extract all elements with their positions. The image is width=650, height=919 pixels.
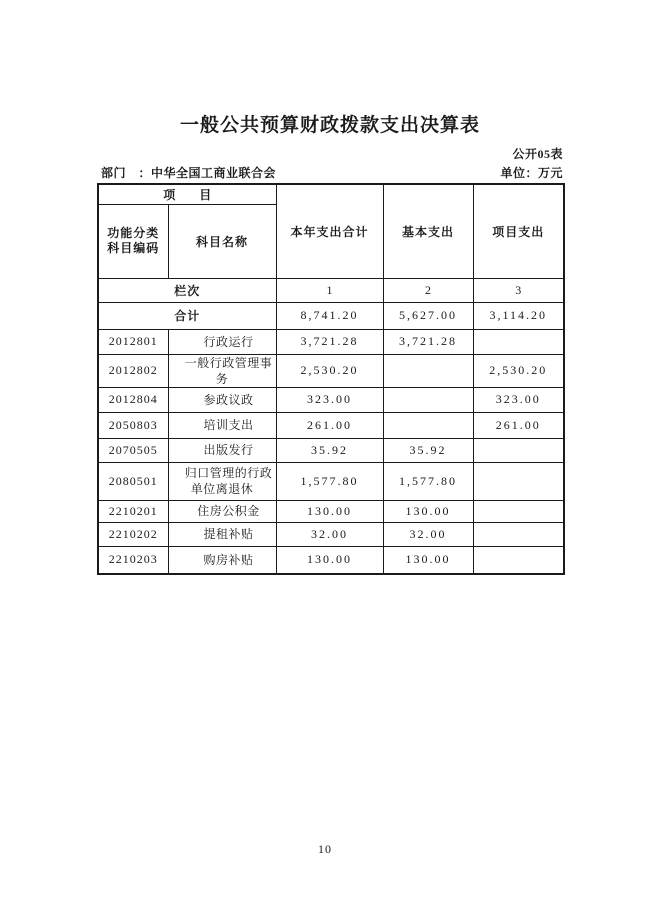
- meta-row: 部门 ：中华全国工商业联合会 单位：万元: [97, 166, 563, 180]
- cell-project: [473, 522, 564, 546]
- index-col-3: 3: [473, 278, 564, 302]
- total-basic: 5,627.00: [383, 302, 473, 329]
- total-label: 合计: [98, 302, 276, 329]
- cell-name: 住房公积金: [168, 500, 276, 522]
- index-col-1: 1: [276, 278, 383, 302]
- header-row-item: 项 目 本年支出合计 基本支出 项目支出: [98, 184, 564, 204]
- cell-code: 2080501: [98, 462, 168, 500]
- total-row: 合计 8,741.20 5,627.00 3,114.20: [98, 302, 564, 329]
- cell-project: [473, 329, 564, 354]
- table-row: 2012801 行政运行 3,721.28 3,721.28: [98, 329, 564, 354]
- header-code-line2: 科目编码: [99, 241, 168, 256]
- cell-code: 2210202: [98, 522, 168, 546]
- cell-total: 32.00: [276, 522, 383, 546]
- cell-project: [473, 546, 564, 574]
- cell-code: 2210203: [98, 546, 168, 574]
- table-row: 2012804 参政议政 323.00 323.00: [98, 387, 564, 412]
- table-number: 公开05表: [97, 147, 563, 161]
- header-basic-column: 基本支出: [383, 184, 473, 278]
- table-row: 2050803 培训支出 261.00 261.00: [98, 412, 564, 438]
- table-row: 2210203 购房补贴 130.00 130.00: [98, 546, 564, 574]
- cell-project: [473, 462, 564, 500]
- cell-total: 130.00: [276, 500, 383, 522]
- total-amount: 8,741.20: [276, 302, 383, 329]
- table-row: 2012802 一般行政管理事务 2,530.20 2,530.20: [98, 354, 564, 387]
- cell-name: 培训支出: [168, 412, 276, 438]
- table-row: 2080501 归口管理的行政单位离退休 1,577.80 1,577.80: [98, 462, 564, 500]
- cell-name: 参政议政: [168, 387, 276, 412]
- header-total-column: 本年支出合计: [276, 184, 383, 278]
- expenditure-table: 项 目 本年支出合计 基本支出 项目支出 功能分类 科目编码 科目名称 栏次 1…: [97, 183, 565, 575]
- table-row: 2210201 住房公积金 130.00 130.00: [98, 500, 564, 522]
- header-code-line1: 功能分类: [99, 226, 168, 241]
- cell-code: 2012801: [98, 329, 168, 354]
- table-row: 2070505 出版发行 35.92 35.92: [98, 438, 564, 462]
- unit-label: 单位：万元: [500, 166, 563, 180]
- cell-basic: 35.92: [383, 438, 473, 462]
- cell-project: [473, 438, 564, 462]
- cell-total: 1,577.80: [276, 462, 383, 500]
- cell-project: [473, 500, 564, 522]
- page-number: 10: [0, 842, 650, 856]
- cell-total: 130.00: [276, 546, 383, 574]
- page-title: 一般公共预算财政拨款支出决算表: [97, 0, 563, 139]
- document-page: 一般公共预算财政拨款支出决算表 公开05表 部门 ：中华全国工商业联合会 单位：…: [97, 0, 563, 575]
- header-project-column: 项目支出: [473, 184, 564, 278]
- cell-basic: [383, 412, 473, 438]
- cell-basic: [383, 387, 473, 412]
- cell-name: 一般行政管理事务: [168, 354, 276, 387]
- cell-total: 2,530.20: [276, 354, 383, 387]
- table-row: 2210202 提租补贴 32.00 32.00: [98, 522, 564, 546]
- cell-basic: 130.00: [383, 500, 473, 522]
- cell-project: 323.00: [473, 387, 564, 412]
- cell-basic: 32.00: [383, 522, 473, 546]
- cell-name: 出版发行: [168, 438, 276, 462]
- cell-name: 行政运行: [168, 329, 276, 354]
- header-code-column: 功能分类 科目编码: [98, 204, 168, 278]
- cell-code: 2210201: [98, 500, 168, 522]
- cell-project: 2,530.20: [473, 354, 564, 387]
- total-project: 3,114.20: [473, 302, 564, 329]
- cell-code: 2012804: [98, 387, 168, 412]
- index-label: 栏次: [98, 278, 276, 302]
- department-line: 部门 ：中华全国工商业联合会: [97, 166, 276, 180]
- cell-total: 323.00: [276, 387, 383, 412]
- cell-name: 购房补贴: [168, 546, 276, 574]
- cell-project: 261.00: [473, 412, 564, 438]
- cell-basic: 3,721.28: [383, 329, 473, 354]
- cell-basic: 1,577.80: [383, 462, 473, 500]
- index-col-2: 2: [383, 278, 473, 302]
- cell-name: 归口管理的行政单位离退休: [168, 462, 276, 500]
- department-label: 部门 ：: [101, 166, 151, 180]
- cell-total: 261.00: [276, 412, 383, 438]
- cell-total: 3,721.28: [276, 329, 383, 354]
- department-value: 中华全国工商业联合会: [151, 166, 276, 180]
- header-item-group: 项 目: [98, 184, 276, 204]
- cell-name: 提租补贴: [168, 522, 276, 546]
- cell-code: 2050803: [98, 412, 168, 438]
- header-name-column: 科目名称: [168, 204, 276, 278]
- cell-basic: 130.00: [383, 546, 473, 574]
- cell-total: 35.92: [276, 438, 383, 462]
- cell-code: 2070505: [98, 438, 168, 462]
- column-index-row: 栏次 1 2 3: [98, 278, 564, 302]
- cell-basic: [383, 354, 473, 387]
- cell-code: 2012802: [98, 354, 168, 387]
